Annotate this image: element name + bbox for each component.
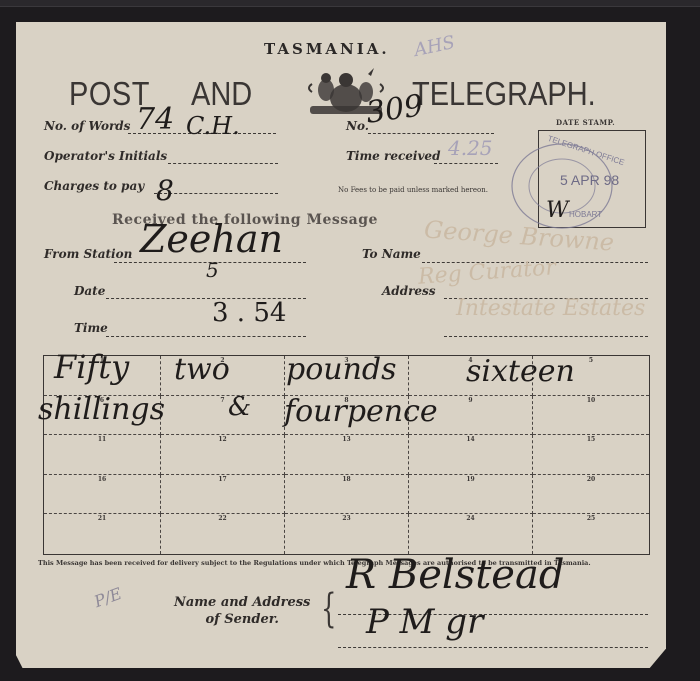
charges-to-pay-value[interactable]: 8 [156,174,174,207]
time-value[interactable]: 3 . 54 [212,298,286,328]
message-word: two [174,352,230,387]
address-value-2[interactable]: Intestate Estates [456,296,645,321]
sender-name-value[interactable]: R Belstead [346,552,564,598]
frame-edge [0,0,700,7]
address-line-2 [444,336,648,337]
to-name-label: To Name [362,247,421,261]
grid-cell[interactable]: 18 [285,475,409,515]
grid-cell[interactable]: 16 [44,475,161,515]
operators-initials-line [168,163,278,164]
perforated-edge [13,22,19,668]
operators-initials-label: Operator's Initials [44,149,167,163]
message-word: & [228,392,251,422]
date-label: Date [74,284,105,298]
grid-cell[interactable]: 10 [533,396,649,436]
stamp-initial: W [546,198,569,223]
from-station-value[interactable]: Zeehan [140,217,283,261]
grid-cell[interactable]: 25 [533,514,649,554]
region-title: TASMANIA. [264,40,390,58]
message-word: sixteen [466,354,575,389]
pencil-mark-top: AHS [412,32,457,61]
time-received-label: Time received [346,149,440,163]
message-word: pounds [286,352,397,387]
date-value[interactable]: 5 [206,258,219,282]
postmark-date: 5 APR 98 [560,172,619,188]
grid-cell[interactable]: 15 [533,435,649,475]
grid-cell[interactable]: 24 [409,514,533,554]
grid-cell[interactable]: 7 [161,396,285,436]
grid-cell[interactable]: 14 [409,435,533,475]
message-word: fourpence [284,394,438,429]
no-of-words-extra: C.H. [186,112,240,140]
date-stamp-label: DATE STAMP. [556,118,615,127]
sender-address-value[interactable]: P M gr [366,602,483,642]
no-label: No. [346,119,369,133]
grid-cell[interactable]: 23 [285,514,409,554]
title-and: AND [191,76,252,114]
no-of-words-value[interactable]: 74 [136,102,174,137]
fees-note: No Fees to be paid unless marked hereon. [338,186,488,194]
no-of-words-label: No. of Words [44,119,130,133]
no-value[interactable]: 309 [364,88,426,131]
time-label: Time [74,321,108,335]
address-value[interactable]: Reg Curator [417,255,556,290]
grid-cell[interactable]: 22 [161,514,285,554]
brace-icon: { [321,589,336,629]
charges-to-pay-label: Charges to pay [44,179,144,193]
pencil-mark-bottom: P/E [92,584,125,611]
from-station-label: From Station [44,247,132,261]
message-word: Fifty [54,348,129,386]
no-line [368,133,494,134]
sender-address-line [338,647,648,648]
grid-cell[interactable]: 19 [409,475,533,515]
telegraph-form: TASMANIA. POST AND TELEGRAPH. AHS No. of… [16,22,666,668]
grid-cell[interactable]: 13 [285,435,409,475]
grid-cell[interactable]: 12 [161,435,285,475]
grid-cell[interactable]: 20 [533,475,649,515]
time-line [106,336,306,337]
message-word: shillings [38,392,165,427]
sender-label-line1: Name and Address [174,594,310,611]
grid-cell[interactable]: 21 [44,514,161,554]
time-received-line [434,163,498,164]
title-telegraph: TELEGRAPH. [412,76,596,114]
time-received-value[interactable]: 4.25 [448,136,493,160]
sender-label-line2: of Sender. [174,611,310,628]
postmark-bottom-text: HOBART [569,210,602,219]
grid-cell[interactable]: 17 [161,475,285,515]
grid-cell[interactable]: 11 [44,435,161,475]
sender-label: Name and Address of Sender. [174,594,310,628]
